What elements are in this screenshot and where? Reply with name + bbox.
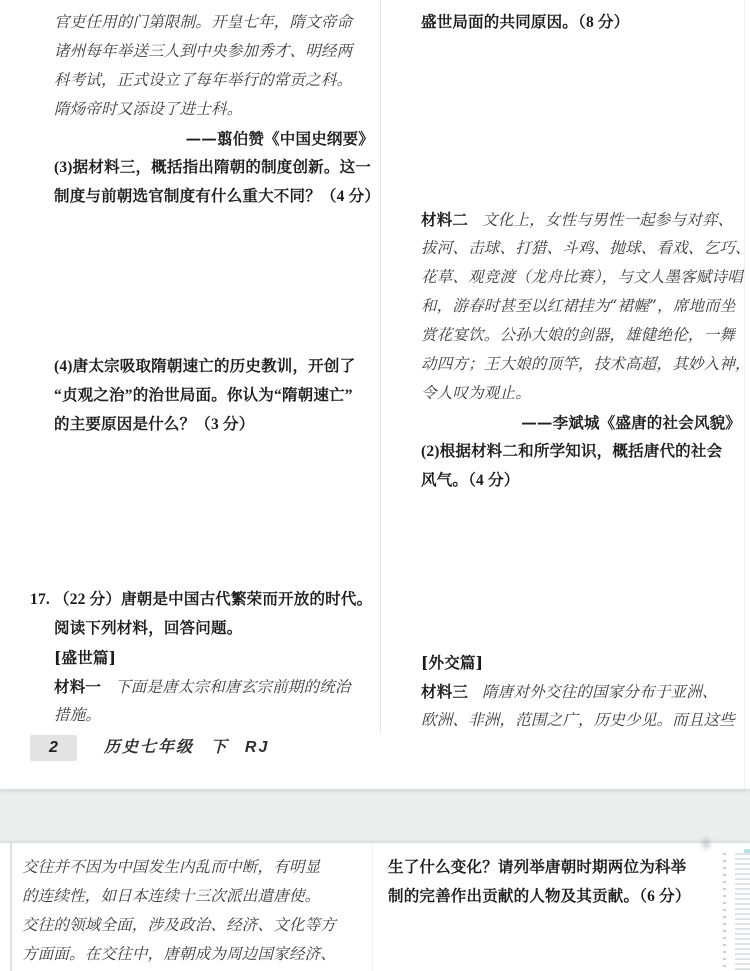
page2-left-column: 交往并不因为中国发生内乱而中断，有明显 的连续性，如日本连续十三次派出遣唐使。 …: [22, 853, 352, 969]
question-continuation-line: 盛世局面的共同原因。（8 分）: [421, 8, 741, 37]
question-17-line: 阅读下列材料，回答问题。: [54, 614, 374, 643]
material-two-line: 和，游春时甚至以红裙挂为“裙幄”，席地而坐: [421, 292, 741, 321]
question-3-line: (3)据材料三，概括指出隋朝的制度创新。这一: [54, 153, 374, 182]
material-continuation-line: 交往并不因为中国发生内乱而中断，有明显: [22, 853, 352, 882]
book-title: 历史七年级 下 RJ: [104, 735, 269, 761]
material-one-label: 材料一: [54, 677, 101, 696]
question-2-line: (2)根据材料二和所学知识，概括唐代的社会: [421, 437, 741, 466]
margin-rule-line: [10, 843, 12, 971]
page-2: 交往并不因为中国发生内乱而中断，有明显 的连续性，如日本连续十三次派出遣唐使。 …: [0, 843, 750, 971]
question-continuation-line: 制的完善作出贡献的人物及其贡献。（6 分）: [388, 882, 718, 911]
material-three-line: 材料三隋唐对外交往的国家分布于亚洲、: [421, 677, 741, 706]
page-1: 官吏任用的门第限制。开皇七年，隋文帝命 诸州每年举送三人到中央参加秀才、明经两 …: [0, 0, 750, 789]
material-text-line: 诸州每年举送三人到中央参加秀才、明经两: [54, 37, 374, 66]
material-three-line: 欧洲、非洲，范围之广，历史少见。而且这些: [421, 706, 741, 735]
material-two-line: 令人叹为观止。: [421, 379, 741, 408]
question-17-line: 17.（22 分）唐朝是中国古代繁荣而开放的时代。: [54, 585, 374, 614]
source-attribution: ——李斌城《盛唐的社会风貌》: [421, 408, 741, 437]
question-2-line: 风气。（4 分）: [421, 466, 741, 495]
question-continuation-line: 生了什么变化？请列举唐朝时期两位为科举: [388, 853, 718, 882]
page1-left-column: 官吏任用的门第限制。开皇七年，隋文帝命 诸州每年举送三人到中央参加秀才、明经两 …: [54, 8, 374, 730]
material-text-line: 官吏任用的门第限制。开皇七年，隋文帝命: [54, 8, 374, 37]
page-number-badge: 2: [30, 735, 77, 761]
page-edge-line: [744, 0, 745, 789]
adjacent-page-ruled-edge: [735, 853, 750, 971]
material-three-text: 隋唐对外交往的国家分布于亚洲、: [482, 683, 718, 701]
material-two-line: 材料二文化上，女性与男性一起参与对弈、: [421, 205, 741, 234]
page1-right-column: 盛世局面的共同原因。（8 分） 材料二文化上，女性与男性一起参与对弈、 拔河、击…: [421, 8, 741, 735]
material-text-line: 隋炀帝时又添设了进士科。: [54, 95, 374, 124]
section-header-waijiao: [外交篇]: [421, 648, 741, 677]
answer-space: [421, 37, 422, 205]
ink-smudge: [699, 835, 713, 852]
material-two-text: 文化上，女性与男性一起参与对弈、: [482, 211, 733, 229]
dotted-tear-line: [723, 853, 726, 969]
material-text-line: 科考试，正式设立了每年举行的常贡之科。: [54, 66, 374, 95]
material-continuation-line: 的连续性，如日本连续十三次派出遣唐使。: [22, 882, 352, 911]
page2-right-column: 生了什么变化？请列举唐朝时期两位为科举 制的完善作出贡献的人物及其贡献。（6 分…: [388, 853, 718, 911]
material-one-line: 措施。: [54, 701, 374, 730]
material-two-label: 材料二: [421, 210, 468, 229]
material-three-label: 材料三: [421, 682, 468, 701]
material-one-line: 材料一下面是唐太宗和唐玄宗前期的统治: [54, 672, 374, 701]
material-continuation-line: 交往的领域全面，涉及政治、经济、文化等方: [22, 911, 352, 940]
source-attribution: ——翦伯赞《中国史纲要》: [54, 124, 374, 153]
material-two-line: 拔河、击球、打猎、斗鸡、抛球、看戏、乞巧、斗: [421, 234, 741, 263]
answer-space: [54, 211, 55, 352]
question-17-text: （22 分）唐朝是中国古代繁荣而开放的时代。: [54, 591, 372, 608]
question-number: 17.: [30, 585, 54, 614]
material-two-line: 赏花宴饮。公孙大娘的剑器，雄健绝伦，一舞: [421, 321, 741, 350]
column-divider: [380, 0, 381, 732]
question-4-line: (4)唐太宗吸取隋朝速亡的历史教训，开创了: [54, 352, 374, 381]
workbook-scan: 官吏任用的门第限制。开皇七年，隋文帝命 诸州每年举送三人到中央参加秀才、明经两 …: [0, 0, 750, 971]
question-3-line: 制度与前朝选官制度有什么重大不同？（4 分）: [54, 182, 374, 211]
question-4-line: 的主要原因是什么？（3 分）: [54, 410, 374, 439]
question-4-line: “贞观之治”的治世局面。你认为“隋朝速亡”: [54, 381, 374, 410]
material-two-line: 花草、观竞渡（龙舟比赛），与文人墨客赋诗唱: [421, 263, 741, 292]
material-one-text: 下面是唐太宗和唐玄宗前期的统治: [115, 678, 351, 696]
answer-space: [54, 439, 55, 585]
column-divider: [372, 843, 373, 971]
answer-space: [421, 495, 422, 648]
material-continuation-line: 方面面。在交往中，唐朝成为周边国家经济、: [22, 940, 352, 969]
material-two-line: 动四方；王大娘的顶竿，技术高超，其妙入神，: [421, 350, 741, 379]
section-header-shengshi: [盛世篇]: [54, 643, 374, 672]
